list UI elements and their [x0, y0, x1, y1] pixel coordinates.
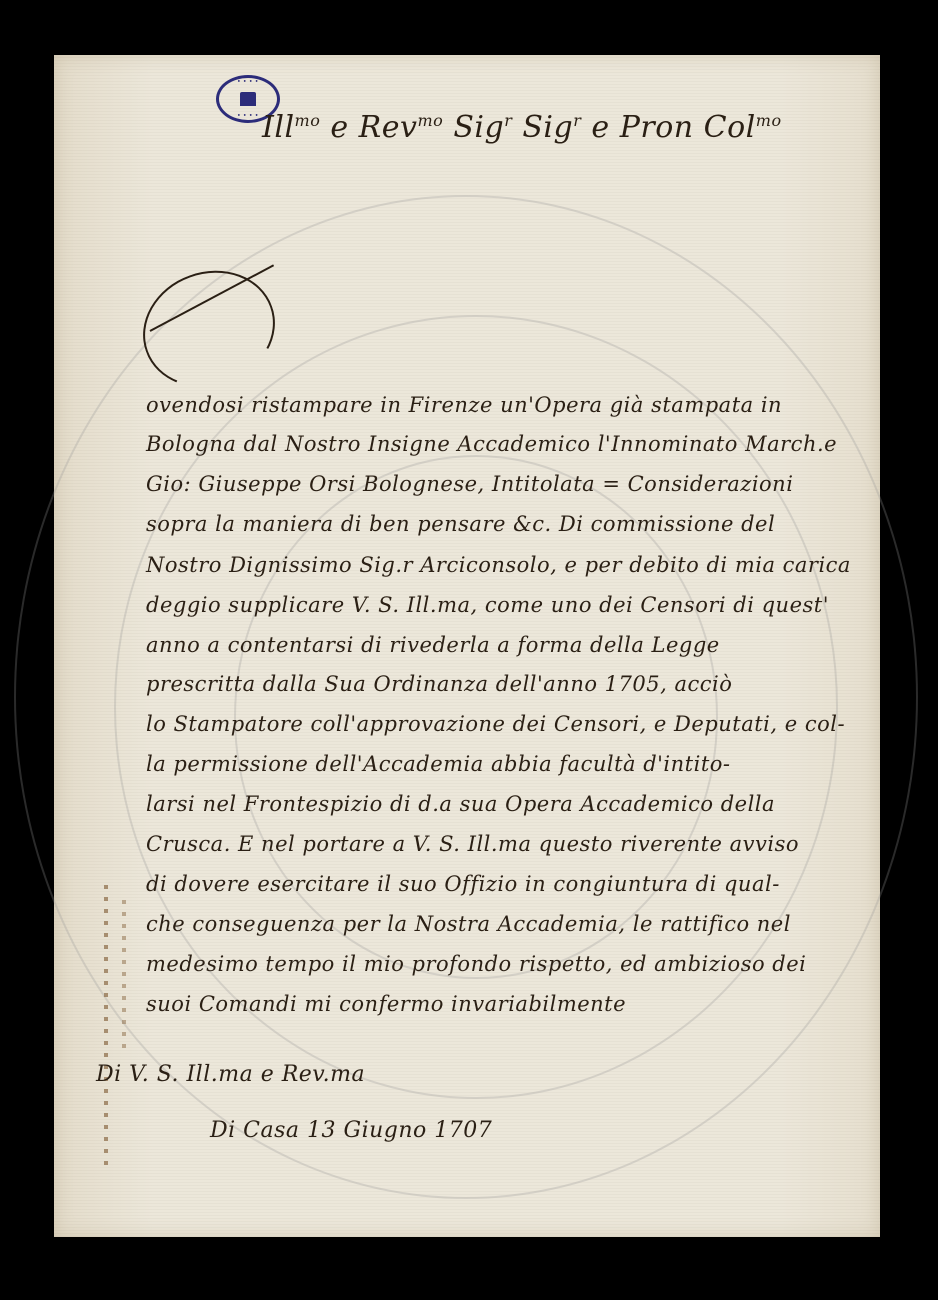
body-line-5: Nostro Dignissimo Sig.r Arciconsolo, e p…: [146, 553, 851, 577]
body-line-3: Gio: Giuseppe Orsi Bolognese, Intitolata…: [146, 472, 793, 496]
margin-stitch-marks: [104, 885, 108, 1165]
body-line-2: Bologna dal Nostro Insigne Accademico l'…: [146, 432, 837, 456]
body-line-11: larsi nel Frontespizio di d.a sua Opera …: [146, 792, 775, 816]
body-line-7: anno a contentarsi di rivederla a forma …: [146, 633, 720, 657]
closing-formula: Di V. S. Ill.ma e Rev.ma: [96, 1062, 365, 1087]
date-line: Di Casa 13 Giugno 1707: [210, 1118, 492, 1143]
body-line-4: sopra la maniera di ben pensare &c. Di c…: [146, 512, 775, 536]
stamp-emblem-icon: [240, 92, 256, 106]
body-line-9: lo Stampatore coll'approvazione dei Cens…: [146, 712, 845, 736]
salutation: Illmo e Revmo Sigr Sigr e Pron Colmo: [262, 110, 782, 145]
body-line-15: medesimo tempo il mio profondo rispetto,…: [146, 952, 806, 976]
body-line-13: di dovere esercitare il suo Offizio in c…: [146, 872, 780, 896]
body-line-10: la permissione dell'Accademia abbia facu…: [146, 752, 731, 776]
body-line-8: prescritta dalla Sua Ordinanza dell'anno…: [146, 672, 732, 696]
stamp-text-top: • • • •: [219, 79, 277, 85]
body-line-14: che conseguenza per la Nostra Accademia,…: [146, 912, 791, 936]
body-line-16: suoi Comandi mi confermo invariabilmente: [146, 992, 626, 1016]
body-line-12: Crusca. E nel portare a V. S. Ill.ma que…: [146, 832, 799, 856]
body-line-1: ovendosi ristampare in Firenze un'Opera …: [146, 393, 782, 417]
margin-stitch-marks-secondary: [122, 900, 126, 1050]
body-line-6: deggio supplicare V. S. Ill.ma, come uno…: [146, 593, 829, 617]
